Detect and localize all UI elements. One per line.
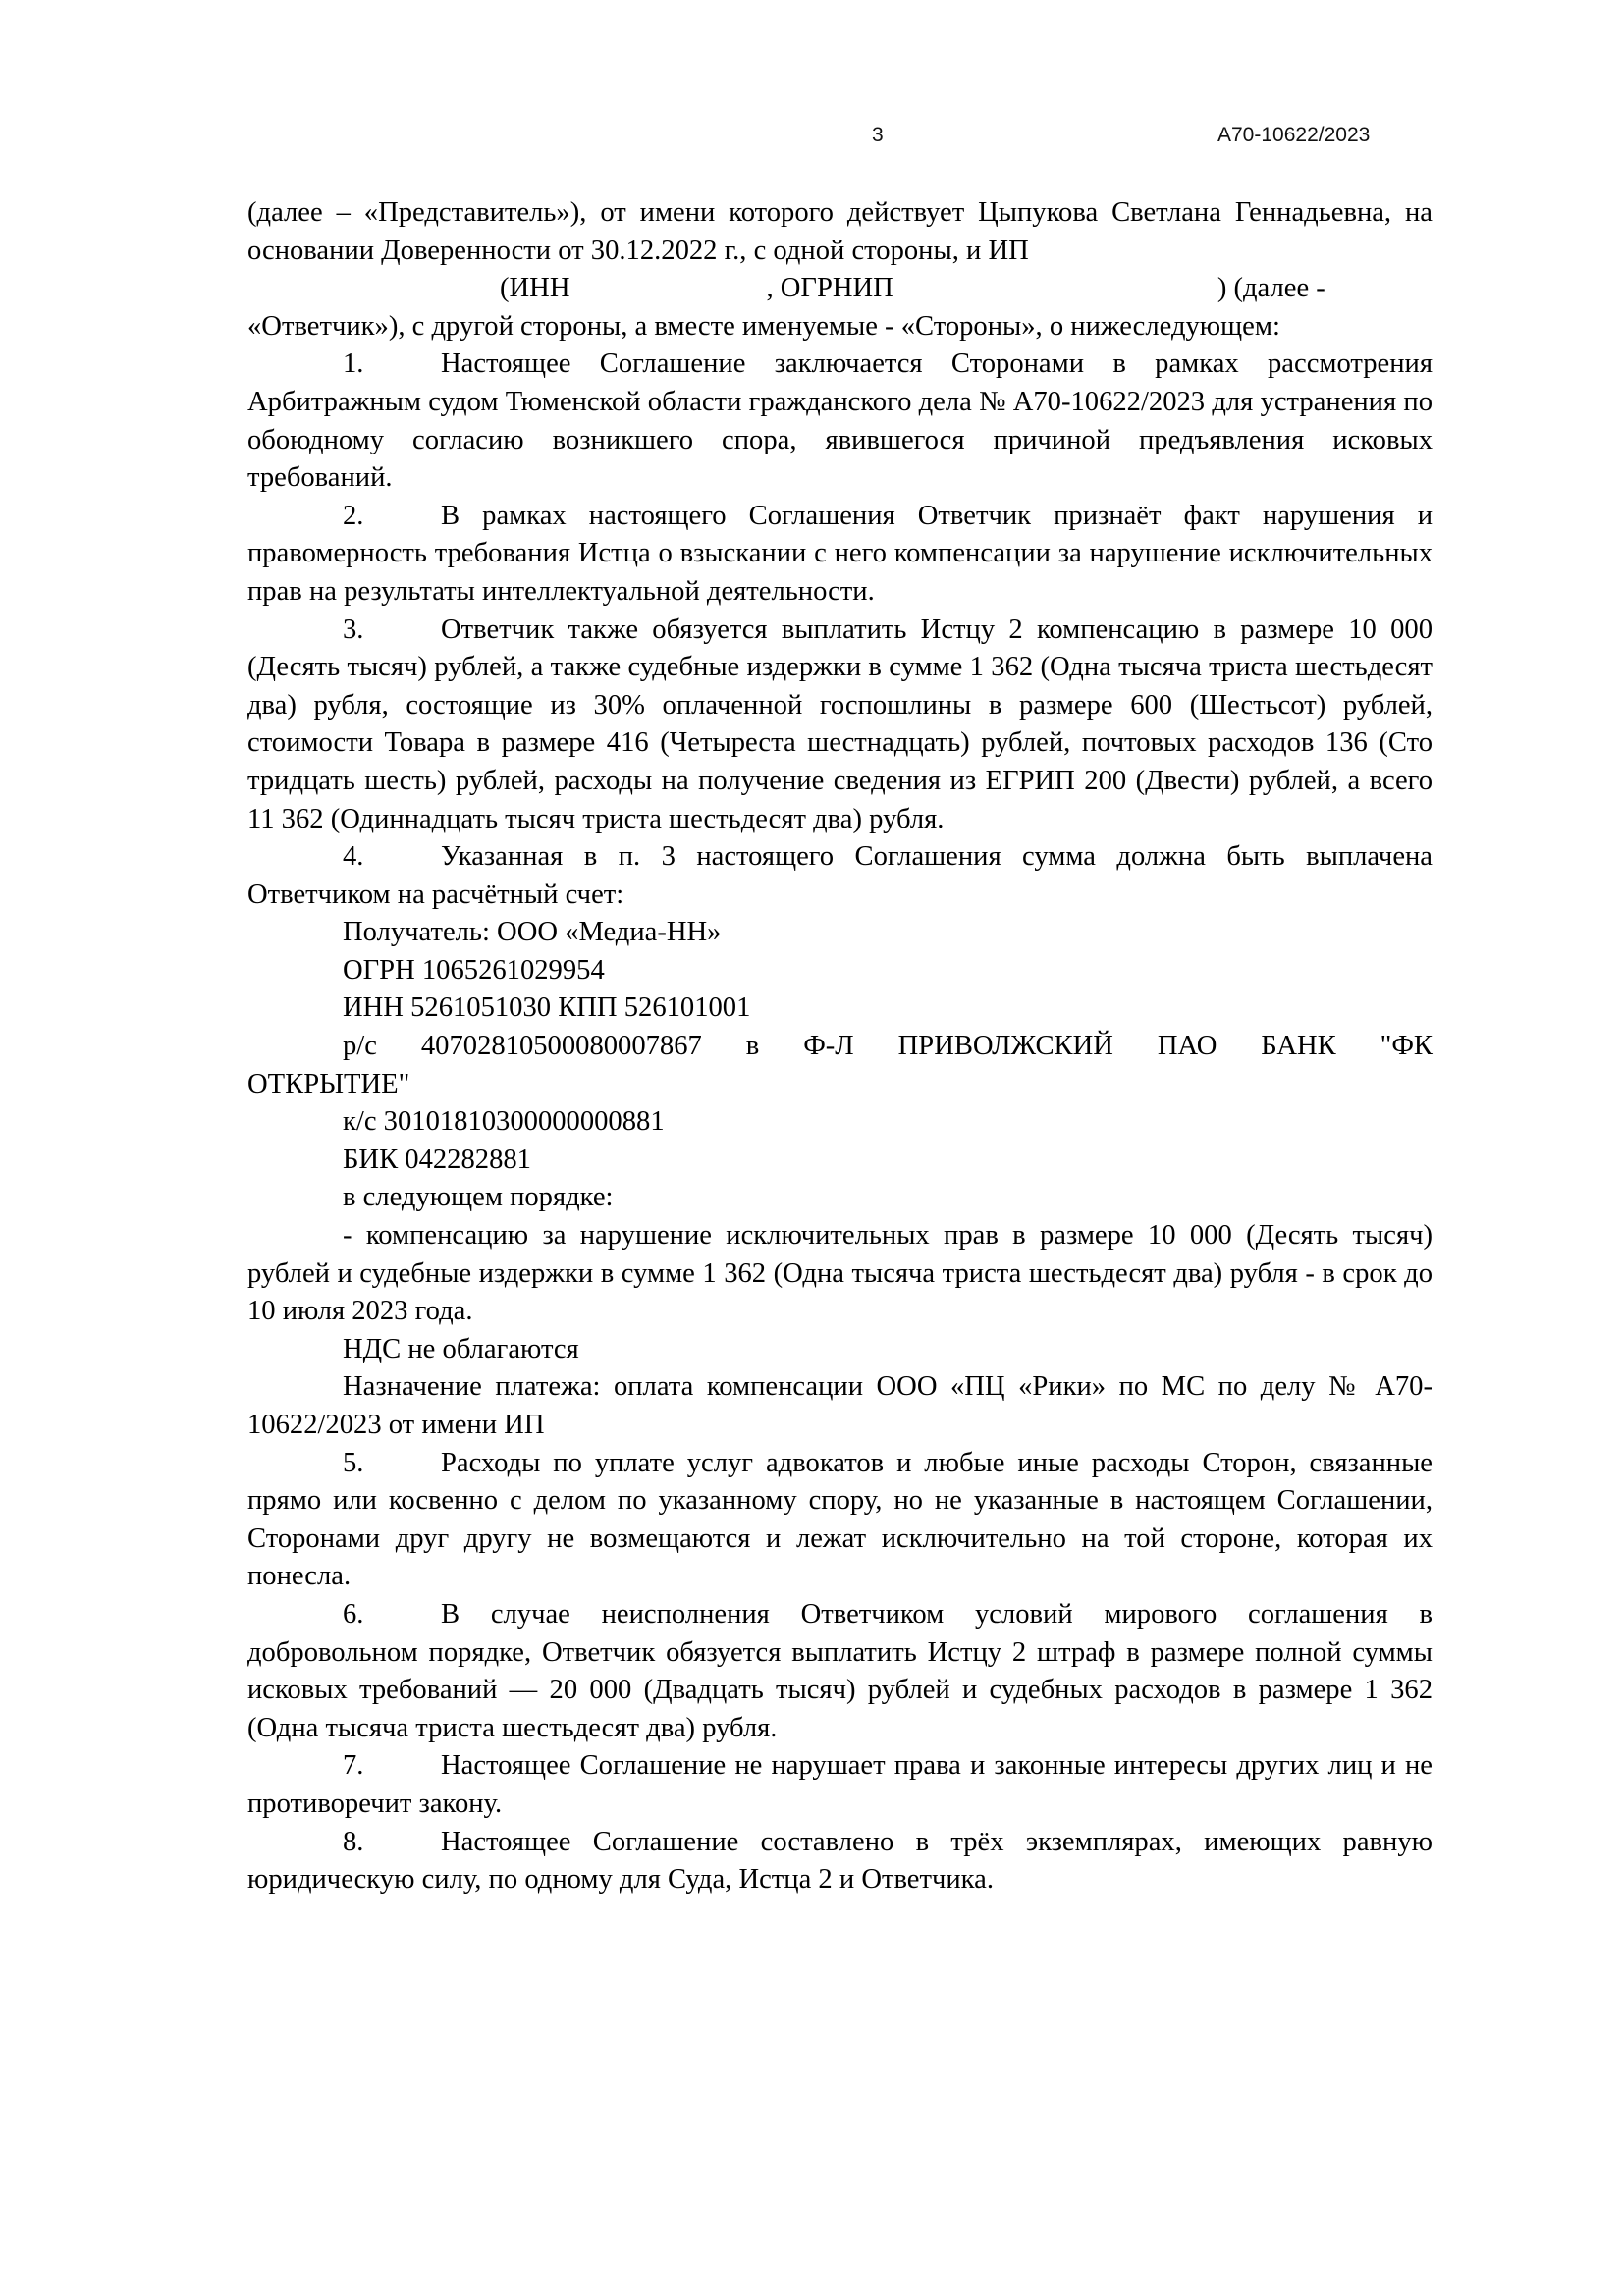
- clause-6: 6.В случае неисполнения Ответчиком услов…: [247, 1596, 1433, 1747]
- clause-number: 3.: [343, 612, 441, 650]
- clause-3: 3.Ответчик также обязуется выплатить Ист…: [247, 612, 1433, 839]
- clause-number: 6.: [343, 1596, 441, 1634]
- clause-number: 2.: [343, 498, 441, 536]
- intro-line3: «Ответчик»), с другой стороны, а вместе …: [247, 311, 1280, 342]
- page-number: 3: [872, 124, 884, 147]
- payment-recipient: Получатель: ООО «Медиа-НН»: [247, 914, 1433, 952]
- clause-7: 7.Настоящее Соглашение не нарушает права…: [247, 1747, 1433, 1823]
- case-number: A70-10622/2023: [1217, 124, 1370, 147]
- clause-2: 2.В рамках настоящего Соглашения Ответчи…: [247, 498, 1433, 612]
- payment-order-item: - компенсацию за нарушение исключительны…: [247, 1217, 1433, 1331]
- ogrnip-label: , ОГРНИП: [766, 273, 893, 303]
- clause-number: 5.: [343, 1445, 441, 1483]
- clause-8: 8.Настоящее Соглашение составлено в трёх…: [247, 1824, 1433, 1899]
- clause-4: 4.Указанная в п. 3 настоящего Соглашения…: [247, 838, 1433, 914]
- clause-1: 1.Настоящее Соглашение заключается Сторо…: [247, 346, 1433, 497]
- payment-corr-account: к/с 30101810300000000881: [247, 1103, 1433, 1142]
- payment-order-intro: в следующем порядке:: [247, 1179, 1433, 1217]
- clause-5: 5.Расходы по уплате услуг адвокатов и лю…: [247, 1445, 1433, 1596]
- clause-number: 1.: [343, 346, 441, 384]
- clause-number: 8.: [343, 1824, 441, 1862]
- payment-vat: НДС не облагаются: [247, 1331, 1433, 1369]
- intro-line1: (далее – «Представитель»), от имени кото…: [247, 197, 1433, 266]
- clause-number: 4.: [343, 838, 441, 877]
- payment-ogrn: ОГРН 1065261029954: [247, 952, 1433, 990]
- clauses-list: 1.Настоящее Соглашение заключается Сторо…: [247, 346, 1433, 914]
- payment-inn-kpp: ИНН 5261051030 КПП 526101001: [247, 989, 1433, 1028]
- document-body: (далее – «Представитель»), от имени кото…: [247, 194, 1433, 1899]
- clauses-list-after: 5.Расходы по уплате услуг адвокатов и лю…: [247, 1445, 1433, 1899]
- intro-paragraph: (далее – «Представитель»), от имени кото…: [247, 194, 1433, 346]
- payment-bik: БИК 042282881: [247, 1142, 1433, 1180]
- payment-account: р/с 40702810500080007867 в Ф-Л ПРИВОЛЖСК…: [247, 1028, 1433, 1103]
- clause-number: 7.: [343, 1747, 441, 1786]
- intro-line2-end: ) (далее -: [1217, 273, 1325, 303]
- inn-label: (ИНН: [500, 273, 569, 303]
- payment-purpose: Назначение платежа: оплата компенсации О…: [247, 1368, 1433, 1444]
- page-header: 3 A70-10622/2023: [0, 124, 1623, 153]
- intro-redacted-line: (ИНН, ОГРНИП) (далее -: [247, 270, 1433, 308]
